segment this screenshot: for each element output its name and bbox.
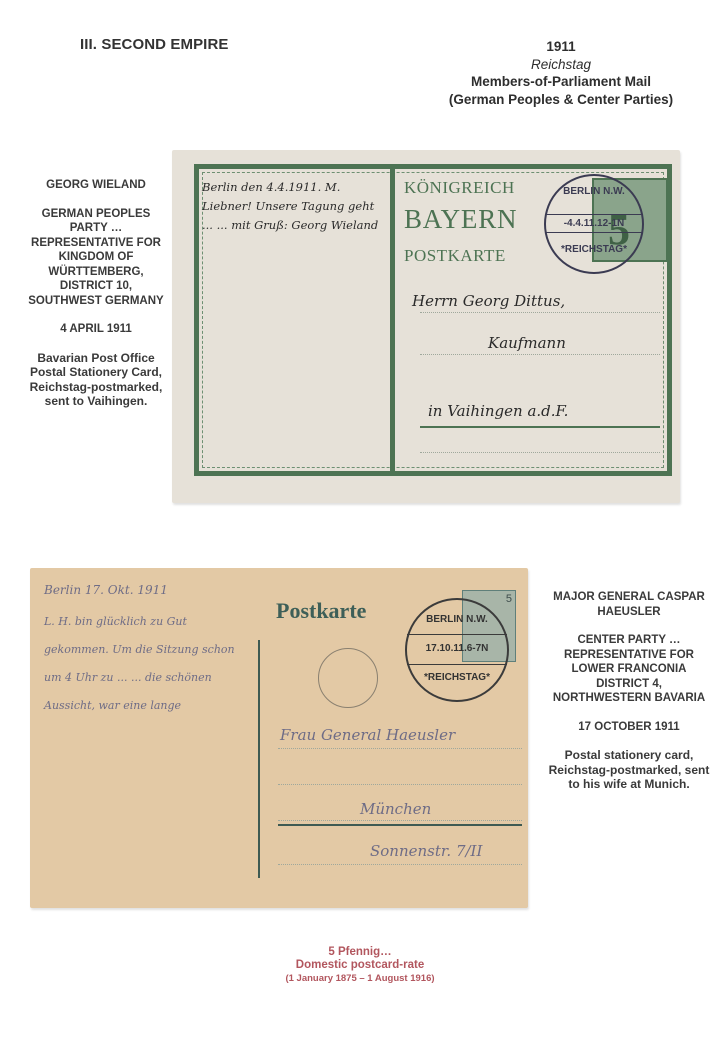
card-divider <box>390 164 395 476</box>
section-title: III. SECOND EMPIRE <box>80 36 229 53</box>
postmark-bottom: *REICHSTAG* <box>407 672 507 683</box>
item1-name: GEORG WIELAND <box>22 178 170 193</box>
postmark-top: BERLIN N.W. <box>407 614 507 625</box>
item1-description: Bavarian Post Office Postal Stationery C… <box>22 351 170 409</box>
brand-bayern: BAYERN <box>404 204 517 235</box>
item1-date: 4 APRIL 1911 <box>22 322 170 337</box>
rate-line-1: 5 Pfennig… <box>240 946 480 959</box>
postkarte-title: Postkarte <box>276 598 366 624</box>
address-line-3: in Vaihingen a.d.F. <box>428 402 568 420</box>
address-line-3: Sonnenstr. 7/II <box>370 842 482 860</box>
item2-description: Postal stationery card, Reichstag-postma… <box>548 748 710 792</box>
postmark-top: BERLIN N.W. <box>546 186 642 197</box>
stamp-value: 5 <box>506 593 512 605</box>
header-institution: Reichstag <box>430 56 692 74</box>
rate-note: 5 Pfennig… Domestic postcard-rate (1 Jan… <box>240 946 480 985</box>
item1-caption: GEORG WIELAND GERMAN PEOPLES PARTY … REP… <box>22 178 170 423</box>
item2-role: CENTER PARTY … REPRESENTATIVE FOR LOWER … <box>548 633 710 706</box>
page-header: 1911 Reichstag Members-of-Parliament Mai… <box>430 38 692 108</box>
postmark-date: -4.4.11.12-1N <box>546 218 642 229</box>
postmark-bottom: *REICHSTAG* <box>546 244 642 255</box>
bavarian-postcard: Berlin den 4.4.1911. M. Liebner! Unsere … <box>172 150 680 503</box>
handwritten-message: Berlin den 4.4.1911. M. Liebner! Unsere … <box>202 178 388 235</box>
card-divider <box>258 640 260 878</box>
header-parties: (German Peoples & Center Parties) <box>430 91 692 109</box>
reich-postcard: Berlin 17. Okt. 1911 L. H. bin glücklich… <box>30 568 528 908</box>
item2-caption: MAJOR GENERAL CASPAR HAEUSLER CENTER PAR… <box>548 590 710 806</box>
address-line-2: Kaufmann <box>488 334 566 352</box>
rate-line-2: Domestic postcard-rate <box>240 959 480 972</box>
header-subtitle: Members-of-Parliament Mail <box>430 73 692 91</box>
postmark-date: 17.10.11.6-7N <box>407 643 507 654</box>
address-underline <box>278 824 522 826</box>
item2-date: 17 OCTOBER 1911 <box>548 720 710 735</box>
reichstag-postmark: BERLIN N.W. -4.4.11.12-1N *REICHSTAG* <box>544 174 644 274</box>
address-line-2: München <box>360 800 431 818</box>
address-underline <box>420 426 660 428</box>
address-line-1: Frau General Haeusler <box>280 726 455 744</box>
message-date: Berlin 17. Okt. 1911 <box>44 576 254 604</box>
brand-kingdom: KÖNIGREICH <box>404 178 515 198</box>
item1-role: GERMAN PEOPLES PARTY … REPRESENTATIVE FO… <box>22 207 170 309</box>
handwritten-message: L. H. bin glücklich zu Gut gekommen. Um … <box>44 608 254 720</box>
header-year: 1911 <box>430 38 692 56</box>
brand-postkarte: POSTKARTE <box>404 246 506 266</box>
item2-name: MAJOR GENERAL CASPAR HAEUSLER <box>548 590 710 619</box>
rate-line-3: (1 January 1875 – 1 August 1916) <box>240 972 480 985</box>
address-line-1: Herrn Georg Dittus, <box>412 292 565 310</box>
reichstag-postmark: BERLIN N.W. 17.10.11.6-7N *REICHSTAG* <box>405 598 509 702</box>
faint-postmark <box>318 648 378 708</box>
